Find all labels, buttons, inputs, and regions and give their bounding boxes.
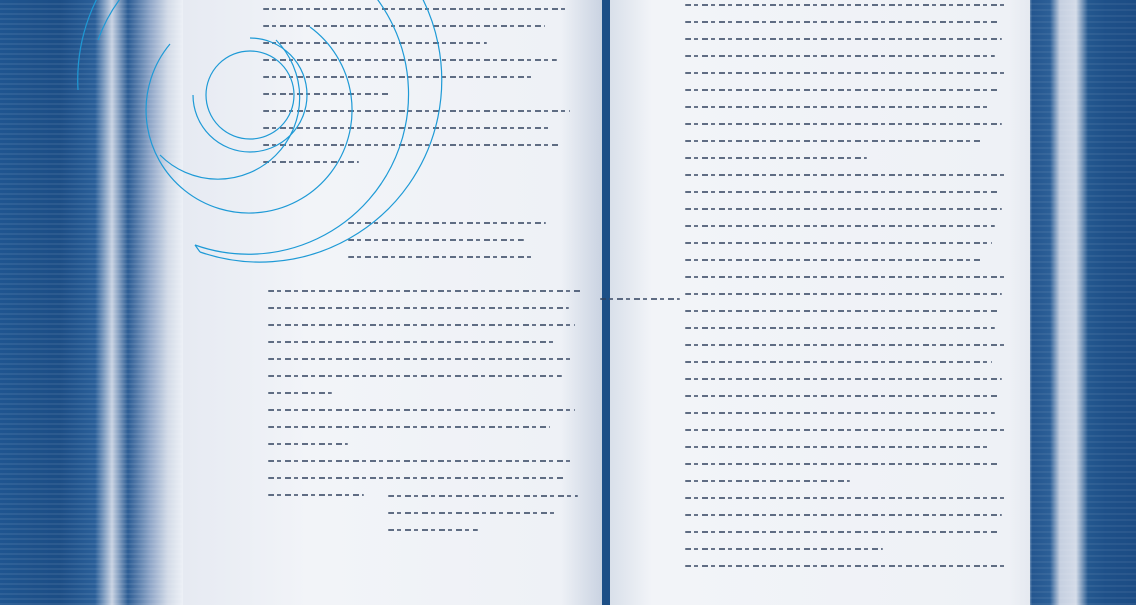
handwriting-block-middle bbox=[268, 290, 588, 511]
margin-note bbox=[600, 298, 680, 315]
handwriting-right-block bbox=[685, 4, 1015, 582]
book-cover-right bbox=[1026, 0, 1136, 605]
spiral-logo-icon bbox=[40, 0, 460, 310]
handwriting-closing bbox=[388, 495, 588, 546]
right-page bbox=[610, 0, 1030, 605]
manuscript-photo bbox=[0, 0, 1136, 605]
